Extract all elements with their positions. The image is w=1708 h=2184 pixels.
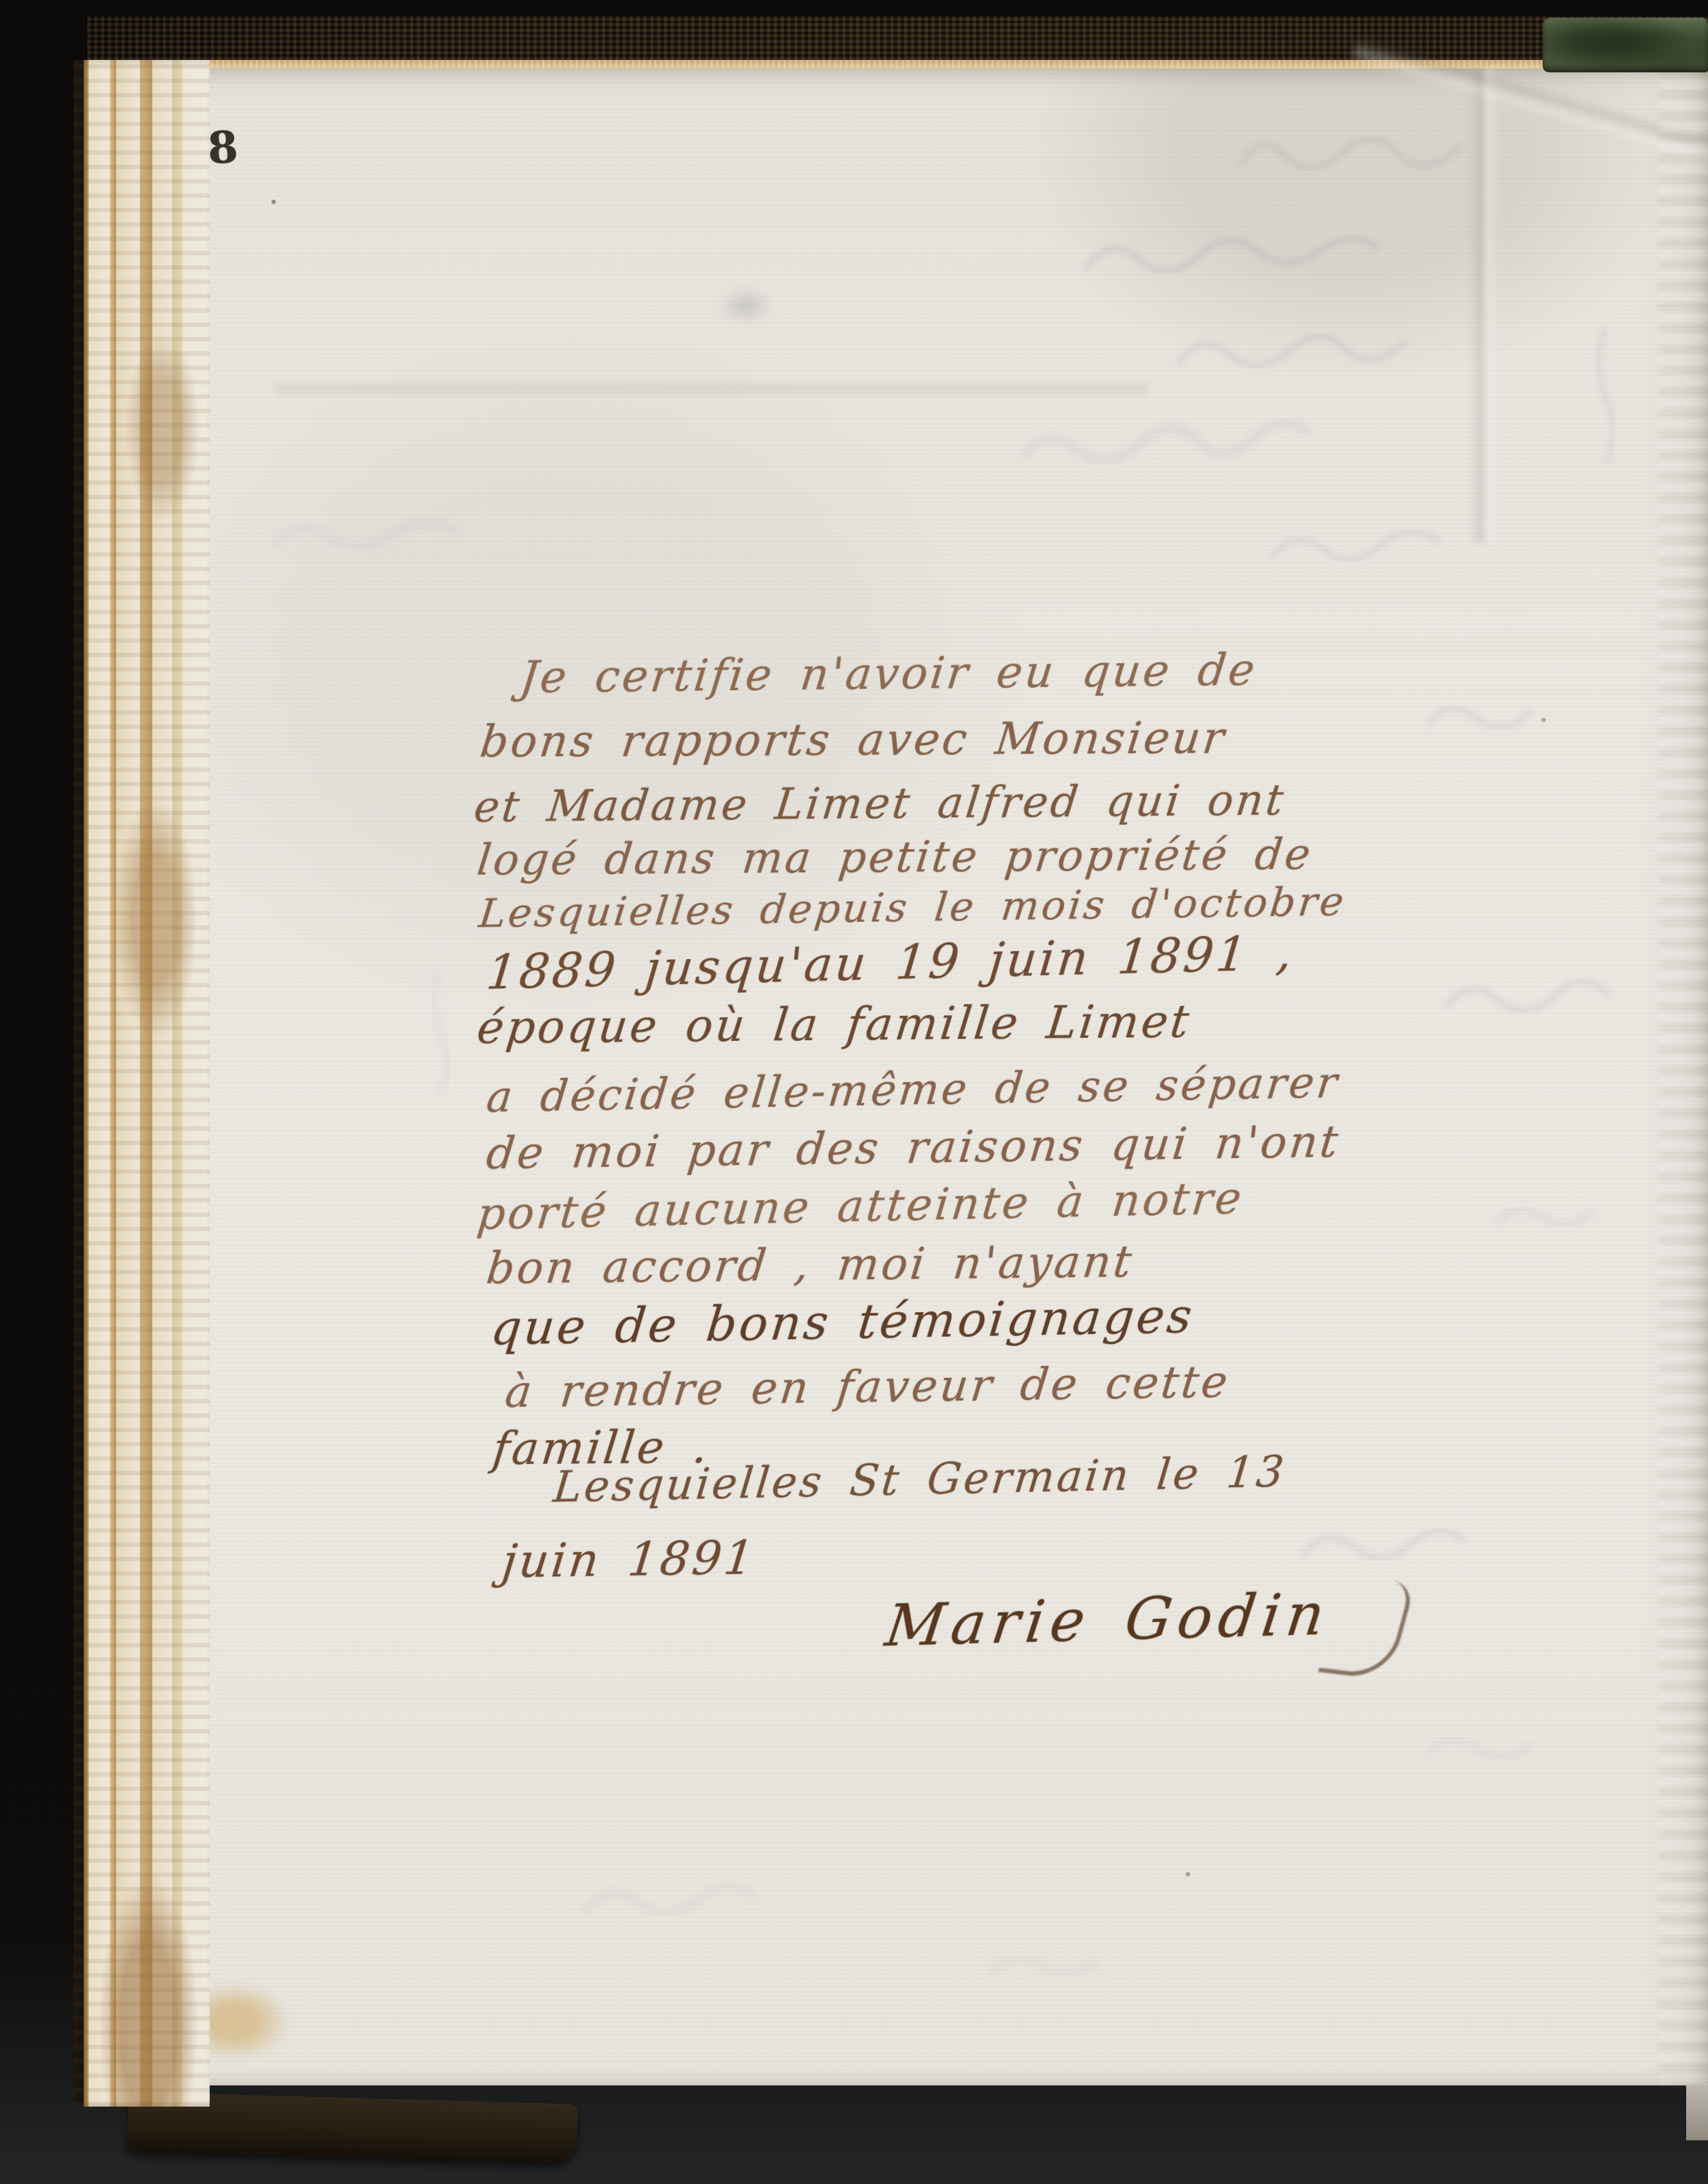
paper-crimped-edge — [1658, 69, 1708, 2085]
handwritten-line: Lesquielles depuis le mois d'octobre — [477, 882, 1349, 934]
ink-speck — [1186, 1872, 1190, 1876]
smudge-stain — [718, 287, 774, 324]
handwritten-line: 1889 jusqu'au 19 juin 1891 , — [484, 929, 1296, 997]
dateline: juin 1891 — [500, 1535, 758, 1585]
ink-speck — [1541, 718, 1546, 722]
manuscript-page: 78 Je certifie n'avoir eu que de bons ra… — [87, 69, 1708, 2085]
handwritten-line: époque où la famille Limet — [475, 999, 1194, 1050]
handwritten-line: et Madame Limet alfred qui ont — [472, 780, 1288, 829]
book-cover-corner — [1543, 17, 1708, 72]
handwritten-line: a décidé elle-même de se séparer — [484, 1062, 1342, 1119]
next-page-edge — [1686, 2083, 1708, 2140]
ink-speck — [271, 200, 276, 204]
paper-crease — [275, 381, 1148, 397]
handwritten-line: de moi par des raisons qui n'ont — [484, 1120, 1342, 1176]
handwritten-line: bons rapports avec Monsieur — [478, 716, 1229, 764]
handwritten-line: que de bons témoignages — [489, 1292, 1196, 1352]
handwritten-line: bon accord , moi n'ayant — [484, 1240, 1136, 1290]
handwritten-line: Je certifie n'avoir eu que de — [518, 648, 1259, 700]
paper-crease — [1470, 69, 1498, 543]
handwritten-line: à rendre en faveur de cette — [503, 1360, 1232, 1414]
signature: Marie Godin — [882, 1586, 1334, 1655]
book-scan: 78 Je certifie n'avoir eu que de bons ra… — [0, 0, 1708, 2184]
handwritten-line: logé dans ma petite propriété de — [475, 834, 1315, 882]
handwritten-line: porté aucune atteinte à notre — [475, 1176, 1246, 1236]
page-stack-edges — [74, 60, 210, 2107]
